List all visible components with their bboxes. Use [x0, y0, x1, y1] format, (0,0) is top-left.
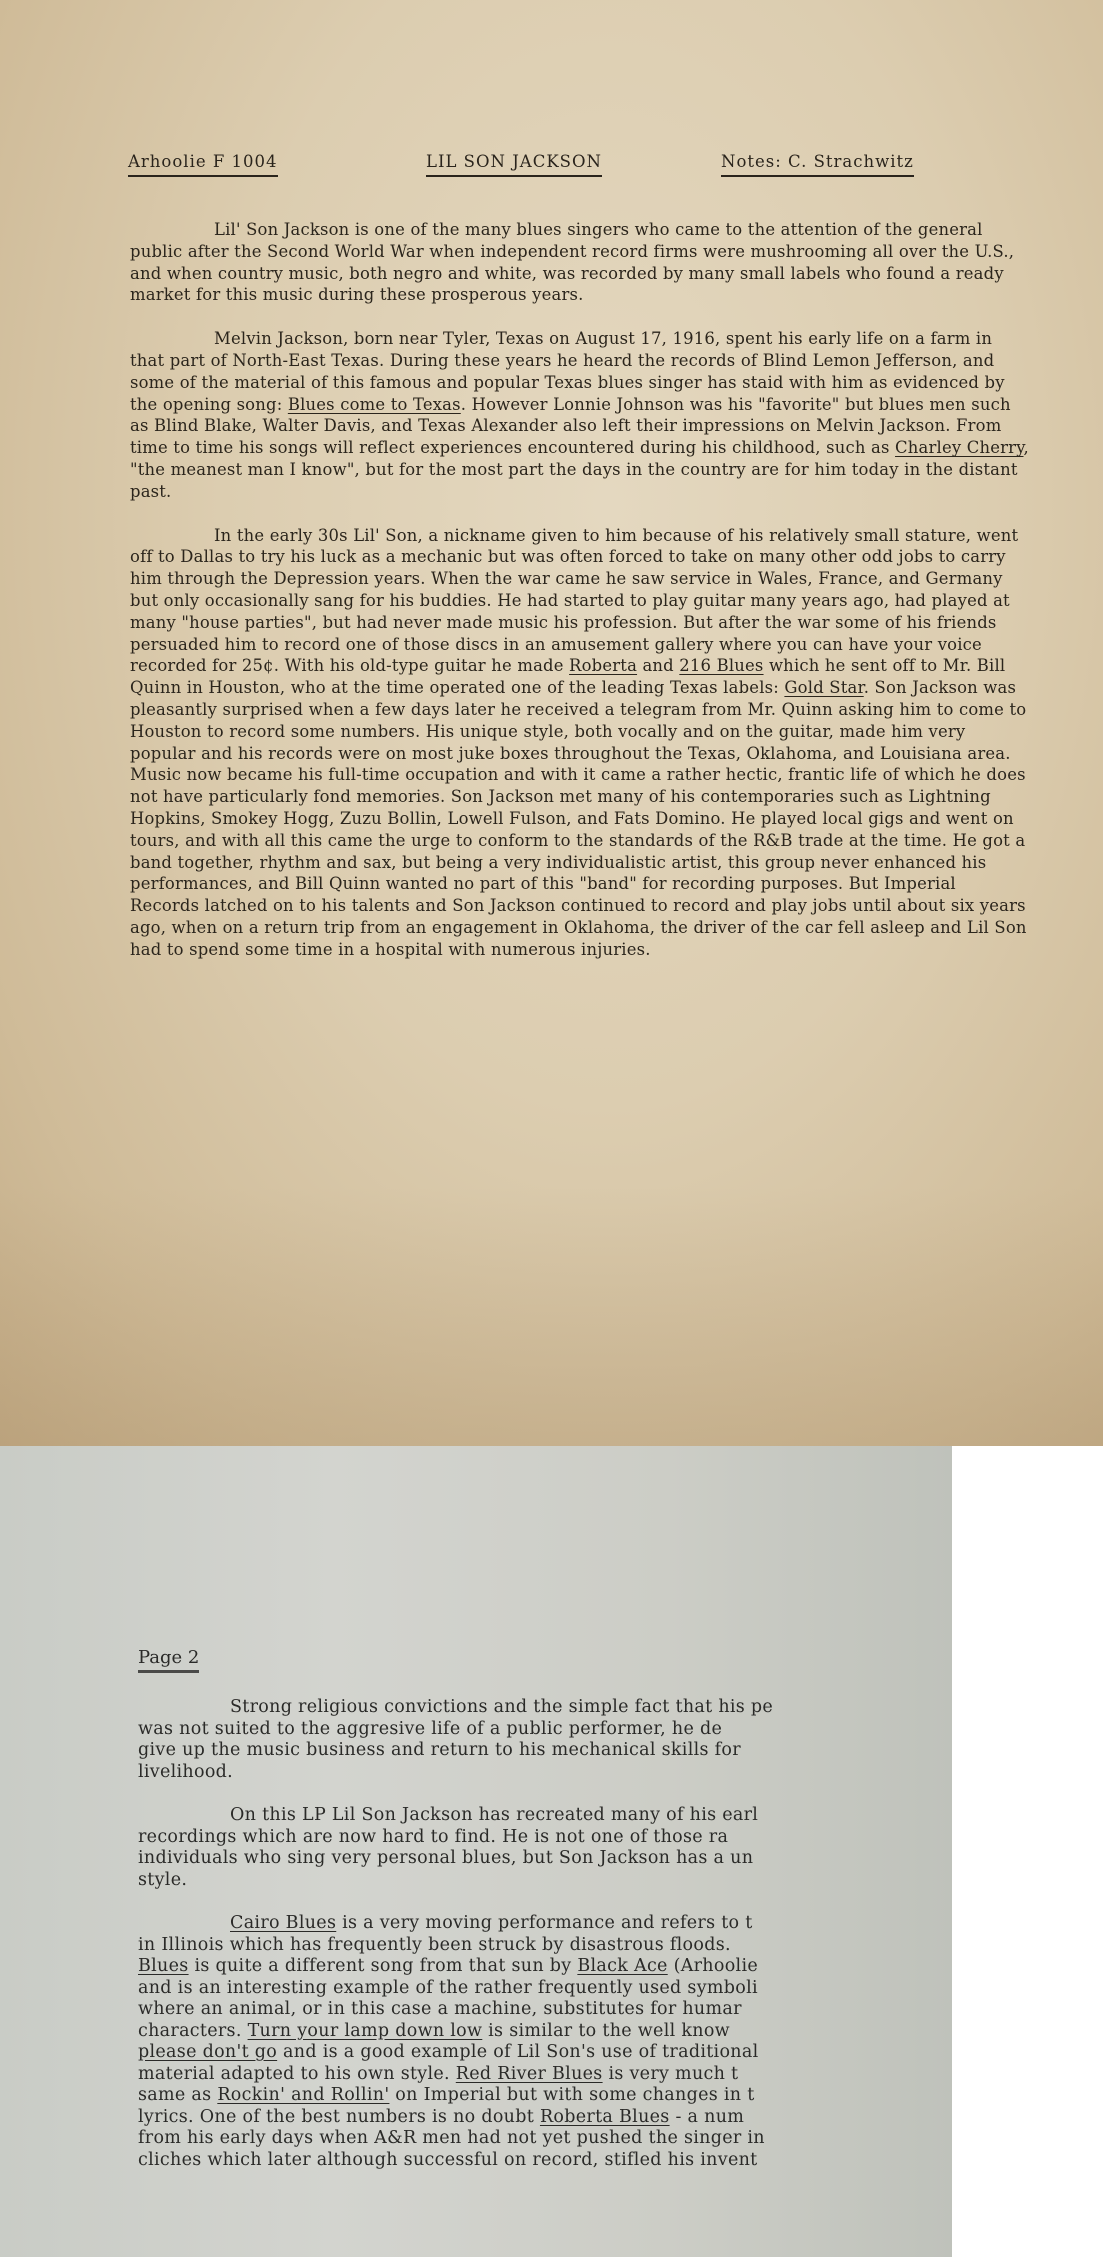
text-run: characters.: [138, 2021, 248, 2041]
text-line: give up the music business and return to…: [138, 1740, 952, 1762]
text-line: where an animal, or in this case a machi…: [138, 1999, 952, 2021]
song-title: Charley Cherry: [895, 438, 1023, 457]
text-line: Blues is quite a different song from tha…: [138, 1956, 952, 1978]
text-line: characters. Turn your lamp down low is s…: [138, 2021, 952, 2043]
text-run: On this LP Lil Son Jackson has recreated…: [230, 1805, 758, 1825]
notes-author: Notes: C. Strachwitz: [721, 152, 914, 177]
artist-title: LIL SON JACKSON: [426, 152, 602, 177]
text-run: and is a good example of Lil Son's use o…: [277, 2042, 758, 2062]
text-line: was not suited to the aggresive life of …: [138, 1719, 952, 1741]
text-run: individuals who sing very personal blues…: [138, 1848, 753, 1868]
text-run: material adapted to his own style.: [138, 2064, 456, 2084]
catalog-number: Arhoolie F 1004: [128, 152, 278, 177]
song-title: Rockin' and Rollin': [217, 2085, 389, 2105]
text-line: please don't go and is a good example of…: [138, 2042, 952, 2064]
text-line: Strong religious convictions and the sim…: [138, 1697, 952, 1719]
paragraph: Cairo Blues is a very moving performance…: [138, 1913, 952, 2171]
text-run: in Illinois which has frequently been st…: [138, 1935, 731, 1955]
text-run: from his early days when A&R men had not…: [138, 2128, 765, 2148]
liner-notes-page-1: Arhoolie F 1004 LIL SON JACKSON Notes: C…: [0, 0, 1103, 1446]
text-run: In the early 30s Lil' Son, a nickname gi…: [130, 526, 1018, 676]
text-run: recordings which are now hard to find. H…: [138, 1827, 728, 1847]
text-run: Strong religious convictions and the sim…: [230, 1697, 773, 1717]
page-1-body: Lil' Son Jackson is one of the many blue…: [130, 219, 1030, 983]
page-2-body: Strong religious convictions and the sim…: [138, 1697, 952, 2193]
text-line: individuals who sing very personal blues…: [138, 1848, 952, 1870]
song-title: 216 Blues: [679, 656, 763, 675]
text-line: and is an interesting example of the rat…: [138, 1978, 952, 2000]
song-title: please don't go: [138, 2042, 277, 2062]
song-title: Roberta Blues: [540, 2107, 670, 2127]
song-title: Cairo Blues: [230, 1913, 336, 1933]
song-title: Black Ace: [577, 1956, 667, 1976]
text-run: - a num: [670, 2107, 745, 2127]
text-run: is quite a different song from that sun …: [189, 1956, 578, 1976]
text-run: and is an interesting example of the rat…: [138, 1978, 758, 1998]
text-line: cliches which later although successful …: [138, 2150, 952, 2172]
text-line: material adapted to his own style. Red R…: [138, 2064, 952, 2086]
song-title: Blues: [138, 1956, 189, 1976]
text-run: give up the music business and return to…: [138, 1740, 741, 1760]
text-line: from his early days when A&R men had not…: [138, 2128, 952, 2150]
text-line: Cairo Blues is a very moving performance…: [138, 1913, 952, 1935]
text-run: is very much t: [603, 2064, 739, 2084]
paragraph: On this LP Lil Son Jackson has recreated…: [138, 1805, 952, 1891]
paragraph: Melvin Jackson, born near Tyler, Texas o…: [130, 328, 1030, 502]
text-run: was not suited to the aggresive life of …: [138, 1719, 722, 1739]
text-run: is similar to the well know: [482, 2021, 730, 2041]
paragraph: Strong religious convictions and the sim…: [138, 1697, 952, 1783]
paragraph: In the early 30s Lil' Son, a nickname gi…: [130, 525, 1030, 961]
text-line: lyrics. One of the best numbers is no do…: [138, 2107, 952, 2129]
text-line: recordings which are now hard to find. H…: [138, 1827, 952, 1849]
paragraph: Lil' Son Jackson is one of the many blue…: [130, 219, 1030, 306]
text-line: style.: [138, 1870, 952, 1892]
text-run: cliches which later although successful …: [138, 2150, 758, 2170]
text-run: and: [637, 656, 679, 675]
text-run: style.: [138, 1870, 187, 1890]
song-title: Roberta: [569, 656, 637, 675]
song-title: Gold Star: [784, 678, 863, 697]
page-2-heading: Page 2: [138, 1647, 199, 1673]
song-title: Turn your lamp down low: [248, 2021, 483, 2041]
song-title: Blues come to Texas: [288, 395, 461, 414]
text-line: in Illinois which has frequently been st…: [138, 1935, 952, 1957]
text-run: on Imperial but with some changes in t: [389, 2085, 754, 2105]
text-line: same as Rockin' and Rollin' on Imperial …: [138, 2085, 952, 2107]
text-run: same as: [138, 2085, 217, 2105]
text-run: lyrics. One of the best numbers is no do…: [138, 2107, 540, 2127]
text-run: where an animal, or in this case a machi…: [138, 1999, 742, 2019]
text-run: Lil' Son Jackson is one of the many blue…: [130, 220, 1014, 304]
text-run: . Son Jackson was pleasantly surprised w…: [130, 678, 1027, 959]
text-run: (Arhoolie: [668, 1956, 758, 1976]
song-title: Red River Blues: [456, 2064, 603, 2084]
text-line: livelihood.: [138, 1762, 952, 1784]
text-run: livelihood.: [138, 1762, 233, 1782]
text-run: is a very moving performance and refers …: [336, 1913, 752, 1933]
text-line: On this LP Lil Son Jackson has recreated…: [138, 1805, 952, 1827]
